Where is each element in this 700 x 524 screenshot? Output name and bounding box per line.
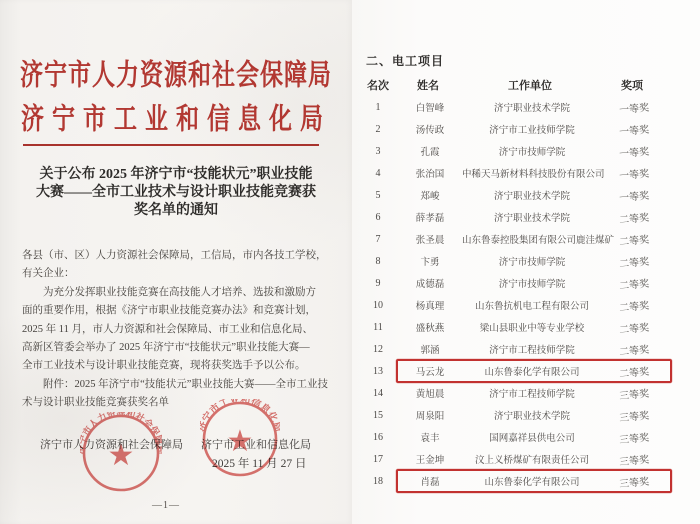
- row-highlight-region: 袁丰 国网嘉祥县供电公司 三等奖: [396, 425, 672, 449]
- table-header-row: 名次 姓名 工作单位 奖项: [360, 74, 672, 96]
- award-cell: 一等奖: [601, 185, 666, 206]
- body-line: 2025 年 11 月，市人力资源和社会保障局、市工业和信息化局、: [22, 321, 332, 339]
- rank-cell: 16: [360, 432, 396, 443]
- name-cell: 袁丰: [398, 430, 462, 444]
- notice-page: 济宁市人力资源和社会保障局 济宁市工业和信息化局 关于公布 2025 年济宁市“…: [0, 0, 352, 524]
- table-row: 18 肖磊 山东鲁泰化学有限公司 三等奖: [360, 470, 672, 492]
- notice-title: 关于公布 2025 年济宁市“技能状元”职业技能 大赛——全市工业技术与设计职业…: [27, 166, 325, 220]
- rank-cell: 15: [360, 410, 396, 421]
- award-cell: 一等奖: [601, 119, 666, 140]
- table-row: 16 袁丰 国网嘉祥县供电公司 三等奖: [360, 426, 672, 448]
- table-row: 3 孔霞 济宁市技师学院 一等奖: [360, 140, 672, 162]
- rank-cell: 9: [360, 278, 396, 289]
- award-list-page: 二、电工项目 名次 姓名 工作单位 奖项 1 白智峰 济宁职业技术学院 一等奖: [352, 0, 700, 524]
- header-name: 姓名: [396, 77, 460, 93]
- official-seal-iit-bureau-icon: 济宁市工业和信息化局 ★: [200, 399, 280, 479]
- row-highlight-region: 薛孝磊 济宁职业技术学院 二等奖: [396, 205, 672, 229]
- agency-header-line2: 济宁市工业和信息化局: [18, 96, 334, 137]
- award-table: 名次 姓名 工作单位 奖项 1 白智峰 济宁职业技术学院 一等奖 2: [360, 74, 672, 492]
- rank-cell: 5: [360, 190, 396, 201]
- table-row: 17 王金坤 汶上义桥煤矿有限责任公司 三等奖: [360, 448, 672, 470]
- name-cell: 张治国: [398, 166, 462, 180]
- rank-cell: 6: [360, 212, 396, 223]
- award-cell: 一等奖: [601, 163, 666, 184]
- rank-cell: 4: [360, 168, 396, 179]
- name-cell: 孔霞: [398, 144, 462, 158]
- body-line: 面的重要作用，根据《济宁市职业技能竞赛办法》和竞赛计划，: [22, 302, 332, 320]
- row-highlight-region: 杨真理 山东鲁抗机电工程有限公司 二等奖: [396, 293, 672, 317]
- name-cell: 汤传政: [398, 122, 462, 136]
- table-row: 7 张圣晨 山东鲁泰控股集团有限公司鹿洼煤矿 二等奖: [360, 228, 672, 250]
- header-unit: 工作单位: [460, 77, 600, 93]
- table-row: 8 卞勇 济宁市技师学院 二等奖: [360, 250, 672, 272]
- unit-cell: 济宁市技师学院: [462, 254, 602, 268]
- award-cell: 二等奖: [601, 361, 666, 382]
- rank-cell: 13: [360, 366, 396, 377]
- rank-cell: 1: [360, 102, 396, 113]
- name-cell: 周泉阳: [398, 408, 462, 422]
- name-cell: 卞勇: [398, 254, 462, 268]
- name-cell: 郑峻: [398, 188, 462, 202]
- award-cell: 二等奖: [601, 251, 666, 272]
- agency-header-line1: 济宁市人力资源和社会保障局: [18, 52, 334, 93]
- notice-title-line: 大赛——全市工业技术与设计职业技能竞赛获: [27, 184, 325, 202]
- unit-cell: 中稀天马新材料科技股份有限公司: [462, 166, 602, 180]
- notice-title-line: 关于公布 2025 年济宁市“技能状元”职业技能: [27, 166, 325, 184]
- award-cell: 二等奖: [601, 229, 666, 250]
- unit-cell: 济宁市技师学院: [462, 276, 602, 290]
- row-highlight-region: 汤传政 济宁市工业技师学院 一等奖: [396, 117, 672, 141]
- award-cell: 三等奖: [601, 405, 666, 426]
- unit-cell: 山东鲁泰化学有限公司: [462, 364, 602, 378]
- body-line: 为充分发挥职业技能竞赛在高技能人才培养、选拔和激励方: [22, 284, 332, 302]
- row-highlight-region: 白智峰 济宁职业技术学院 一等奖: [396, 95, 672, 119]
- row-highlight-region: 王金坤 汶上义桥煤矿有限责任公司 三等奖: [396, 447, 672, 471]
- unit-cell: 汶上义桥煤矿有限责任公司: [462, 452, 602, 466]
- row-highlight-region: 郑峻 济宁职业技术学院 一等奖: [396, 183, 672, 207]
- table-row: 10 杨真理 山东鲁抗机电工程有限公司 二等奖: [360, 294, 672, 316]
- table-row: 4 张治国 中稀天马新材料科技股份有限公司 一等奖: [360, 162, 672, 184]
- unit-cell: 山东鲁泰控股集团有限公司鹿洼煤矿: [462, 232, 602, 246]
- award-cell: 二等奖: [601, 207, 666, 228]
- row-highlight-region: 张圣晨 山东鲁泰控股集团有限公司鹿洼煤矿 二等奖: [396, 227, 672, 251]
- official-seal-hr-bureau-icon: 济宁市人力资源和社会保障局 ★: [80, 412, 162, 494]
- unit-cell: 济宁职业技术学院: [462, 210, 602, 224]
- name-cell: 杨真理: [398, 298, 462, 312]
- unit-cell: 济宁职业技术学院: [462, 408, 602, 422]
- unit-cell: 济宁职业技术学院: [462, 188, 602, 202]
- body-line: 附件：2025 年济宁市“技能状元”职业技能大赛——全市工业技: [22, 376, 332, 394]
- unit-cell: 山东鲁泰化学有限公司: [462, 474, 602, 488]
- page-number: —1—: [152, 500, 180, 511]
- unit-cell: 济宁市工业技师学院: [462, 122, 602, 136]
- scanned-document: 济宁市人力资源和社会保障局 济宁市工业和信息化局 关于公布 2025 年济宁市“…: [0, 0, 700, 524]
- table-row: 9 成德磊 济宁市技师学院 二等奖: [360, 272, 672, 294]
- row-highlight-region: 成德磊 济宁市技师学院 二等奖: [396, 271, 672, 295]
- table-row: 13 马云龙 山东鲁泰化学有限公司 二等奖: [360, 360, 672, 382]
- row-highlight-region: 黄旭晨 济宁市工程技师学院 三等奖: [396, 381, 672, 405]
- body-line: 全市工业技术与设计职业技能竞赛，现将获奖选手予以公布。: [22, 357, 332, 375]
- unit-cell: 济宁市工程技师学院: [462, 342, 602, 356]
- name-cell: 王金坤: [398, 452, 462, 466]
- seal-star-icon: ★: [227, 425, 254, 458]
- row-highlight-region: 卞勇 济宁市技师学院 二等奖: [396, 249, 672, 273]
- table-rows: 1 白智峰 济宁职业技术学院 一等奖 2 汤传政 济宁市工业技师学院 一等奖 3: [360, 96, 672, 492]
- table-row: 1 白智峰 济宁职业技术学院 一等奖: [360, 96, 672, 118]
- unit-cell: 济宁职业技术学院: [462, 100, 602, 114]
- rank-cell: 3: [360, 146, 396, 157]
- body-line: 高新区管委会举办了 2025 年济宁市“技能状元”职业技能大赛—: [22, 339, 332, 357]
- table-row: 2 汤传政 济宁市工业技师学院 一等奖: [360, 118, 672, 140]
- row-highlight-region: 马云龙 山东鲁泰化学有限公司 二等奖: [396, 359, 672, 383]
- body-line: 术与设计职业技能竞赛获奖名单: [22, 394, 332, 412]
- red-divider-rule: [23, 144, 319, 146]
- rank-cell: 10: [360, 300, 396, 311]
- row-highlight-region: 张治国 中稀天马新材料科技股份有限公司 一等奖: [396, 161, 672, 185]
- name-cell: 肖磊: [398, 474, 462, 488]
- award-cell: 三等奖: [601, 449, 666, 470]
- body-line: 有关企业：: [22, 265, 332, 283]
- unit-cell: 济宁市工程技师学院: [462, 386, 602, 400]
- name-cell: 马云龙: [398, 364, 462, 378]
- notice-title-line: 奖名单的通知: [27, 202, 325, 220]
- unit-cell: 济宁市技师学院: [462, 144, 602, 158]
- name-cell: 张圣晨: [398, 232, 462, 246]
- header-award: 奖项: [600, 77, 664, 93]
- table-row: 12 郭涵 济宁市工程技师学院 二等奖: [360, 338, 672, 360]
- name-cell: 白智峰: [398, 100, 462, 114]
- body-line: 各县（市、区）人力资源社会保障局，工信局，市内各技工学校，: [22, 247, 332, 265]
- unit-cell: 梁山县职业中等专业学校: [462, 320, 602, 334]
- table-row: 6 薛孝磊 济宁职业技术学院 二等奖: [360, 206, 672, 228]
- award-cell: 三等奖: [601, 427, 666, 448]
- rank-cell: 17: [360, 454, 396, 465]
- row-highlight-region: 周泉阳 济宁职业技术学院 三等奖: [396, 403, 672, 427]
- seal-star-icon: ★: [108, 439, 135, 472]
- table-row: 11 盛秋燕 梁山县职业中等专业学校 二等奖: [360, 316, 672, 338]
- award-cell: 三等奖: [601, 471, 666, 492]
- unit-cell: 山东鲁抗机电工程有限公司: [462, 298, 602, 312]
- rank-cell: 12: [360, 344, 396, 355]
- award-cell: 二等奖: [601, 295, 666, 316]
- table-row: 5 郑峻 济宁职业技术学院 一等奖: [360, 184, 672, 206]
- row-highlight-region: 盛秋燕 梁山县职业中等专业学校 二等奖: [396, 315, 672, 339]
- award-cell: 一等奖: [601, 97, 666, 118]
- notice-body: 各县（市、区）人力资源社会保障局，工信局，市内各技工学校， 有关企业： 为充分发…: [22, 247, 332, 413]
- rank-cell: 11: [360, 322, 396, 333]
- award-cell: 三等奖: [601, 383, 666, 404]
- rank-cell: 2: [360, 124, 396, 135]
- name-cell: 黄旭晨: [398, 386, 462, 400]
- award-cell: 二等奖: [601, 339, 666, 360]
- name-cell: 盛秋燕: [398, 320, 462, 334]
- rank-cell: 7: [360, 234, 396, 245]
- rank-cell: 18: [360, 476, 396, 487]
- section-title-electrician: 二、电工项目: [366, 52, 444, 69]
- award-cell: 二等奖: [601, 273, 666, 294]
- name-cell: 郭涵: [398, 342, 462, 356]
- name-cell: 成德磊: [398, 276, 462, 290]
- header-rank: 名次: [360, 77, 396, 93]
- award-cell: 一等奖: [601, 141, 666, 162]
- name-cell: 薛孝磊: [398, 210, 462, 224]
- row-highlight-region: 孔霞 济宁市技师学院 一等奖: [396, 139, 672, 163]
- table-row: 14 黄旭晨 济宁市工程技师学院 三等奖: [360, 382, 672, 404]
- row-highlight-region: 郭涵 济宁市工程技师学院 二等奖: [396, 337, 672, 361]
- rank-cell: 8: [360, 256, 396, 267]
- table-row: 15 周泉阳 济宁职业技术学院 三等奖: [360, 404, 672, 426]
- award-cell: 二等奖: [601, 317, 666, 338]
- rank-cell: 14: [360, 388, 396, 399]
- unit-cell: 国网嘉祥县供电公司: [462, 430, 602, 444]
- row-highlight-region: 肖磊 山东鲁泰化学有限公司 三等奖: [396, 469, 672, 493]
